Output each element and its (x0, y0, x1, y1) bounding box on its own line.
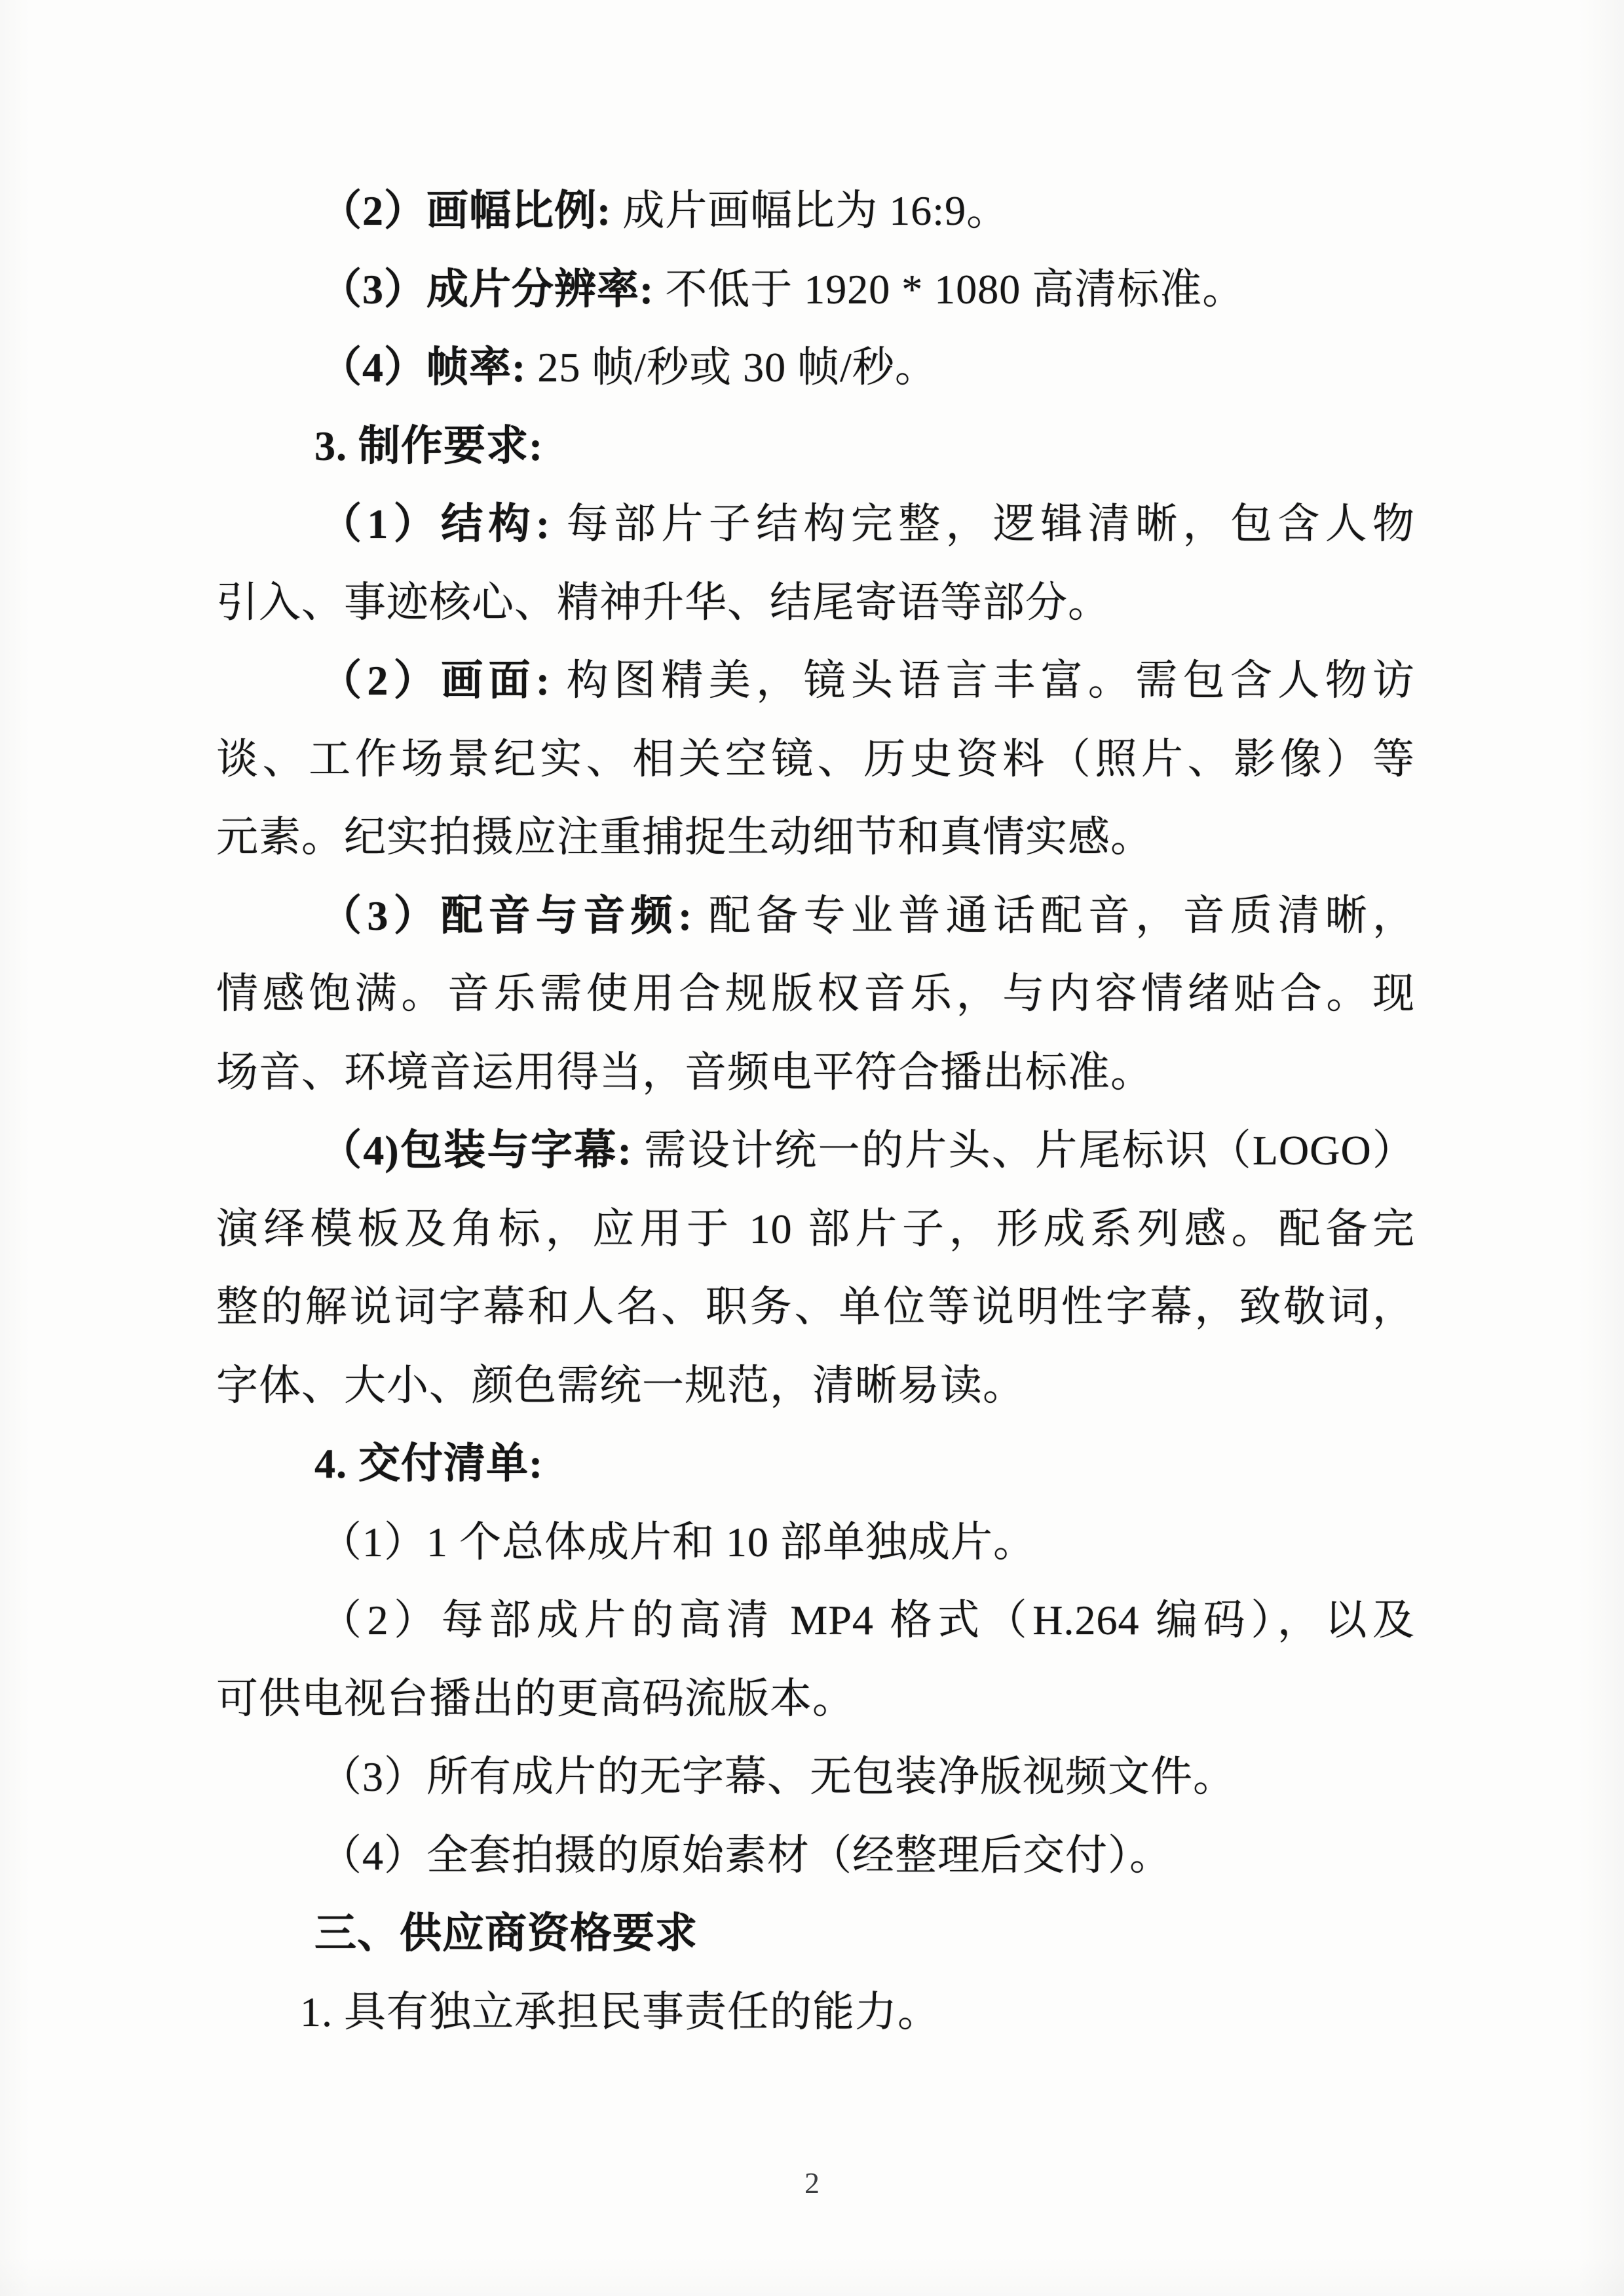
line-packaging-cont-2: 整的解说词字幕和人名、职务、单位等说明性字幕，致敬词， (216, 1268, 1415, 1347)
line-lead: 三、供应商资格要求 (314, 1910, 698, 1957)
line-text: （1）1 个总体成片和 10 部单独成片。 (320, 1519, 1036, 1565)
document-page: （2）画幅比例: 成片画幅比为 16:9。 （3）成片分辨率: 不低于 1920… (0, 0, 1624, 2296)
line-packaging-subtitles: （4)包装与字幕: 需设计统一的片头、片尾标识（LOGO） (216, 1111, 1415, 1190)
line-visuals-cont-1: 谈、工作场景纪实、相关空镜、历史资料（照片、影像）等 (216, 720, 1415, 799)
line-text: 场音、环境音运用得当，音频电平符合播出标准。 (216, 1049, 1153, 1096)
line-visuals: （2）画面: 构图精美，镜头语言丰富。需包含人物访 (216, 641, 1415, 720)
line-structure: （1）结构: 每部片子结构完整，逻辑清晰，包含人物 (216, 485, 1415, 564)
line-delivery-3: （3）所有成片的无字幕、无包装净版视频文件。 (216, 1738, 1415, 1816)
line-text: 成片画幅比为 16:9。 (622, 187, 1009, 234)
line-text: （3）所有成片的无字幕、无包装净版视频文件。 (320, 1753, 1236, 1800)
line-delivery-2: （2）每部成片的高清 MP4 格式（H.264 编码），以及 (216, 1581, 1415, 1660)
heading-supplier-qualifications: 三、供应商资格要求 (216, 1894, 1415, 1973)
line-text: 情感饱满。音乐需使用合规版权音乐，与内容情绪贴合。现 (216, 970, 1415, 1017)
line-text: 字体、大小、颜色需统一规范，清晰易读。 (216, 1362, 1025, 1409)
line-audio-cont-1: 情感饱满。音乐需使用合规版权音乐，与内容情绪贴合。现 (216, 955, 1415, 1033)
line-text: （2）每部成片的高清 MP4 格式（H.264 编码），以及 (320, 1597, 1415, 1643)
line-text: （4）全套拍摄的原始素材（经整理后交付）。 (320, 1832, 1172, 1879)
line-lead: （3）配音与音频: (320, 892, 709, 939)
line-text: 构图精美，镜头语言丰富。需包含人物访 (567, 657, 1415, 704)
line-visuals-cont-2: 元素。纪实拍摄应注重捕捉生动细节和真情实感。 (216, 798, 1415, 877)
line-lead: （2）画面: (320, 657, 567, 704)
line-frame-rate: （4）帧率: 25 帧/秒或 30 帧/秒。 (216, 328, 1415, 407)
heading-delivery-list: 4. 交付清单: (216, 1425, 1415, 1503)
line-packaging-cont-3: 字体、大小、颜色需统一规范，清晰易读。 (216, 1347, 1415, 1425)
line-text: 1. 具有独立承担民事责任的能力。 (300, 1989, 940, 2035)
line-text: 每部片子结构完整，逻辑清晰，包含人物 (567, 501, 1415, 547)
line-text: 谈、工作场景纪实、相关空镜、历史资料（照片、影像）等 (216, 736, 1415, 782)
line-qualification-1: 1. 具有独立承担民事责任的能力。 (216, 1973, 1415, 2052)
line-lead: 3. 制作要求: (314, 423, 543, 469)
line-text: 25 帧/秒或 30 帧/秒。 (537, 344, 937, 391)
line-lead: （2）画幅比例: (320, 187, 622, 234)
line-delivery-4: （4）全套拍摄的原始素材（经整理后交付）。 (216, 1816, 1415, 1895)
line-lead: （4)包装与字幕: (320, 1127, 644, 1174)
line-text: 演绎模板及角标，应用于 10 部片子，形成系列感。配备完 (216, 1206, 1415, 1252)
document-body: （2）画幅比例: 成片画幅比为 16:9。 （3）成片分辨率: 不低于 1920… (216, 172, 1415, 2051)
line-delivery-1: （1）1 个总体成片和 10 部单独成片。 (216, 1503, 1415, 1582)
line-audio-cont-2: 场音、环境音运用得当，音频电平符合播出标准。 (216, 1033, 1415, 1112)
line-text: 整的解说词字幕和人名、职务、单位等说明性字幕，致敬词， (216, 1284, 1415, 1330)
line-lead: （4）帧率: (320, 344, 537, 391)
page-number: 2 (0, 2166, 1624, 2200)
line-resolution: （3）成片分辨率: 不低于 1920 * 1080 高清标准。 (216, 250, 1415, 329)
line-delivery-2-cont: 可供电视台播出的更高码流版本。 (216, 1660, 1415, 1738)
line-text: 需设计统一的片头、片尾标识（LOGO） (644, 1127, 1415, 1174)
line-text: 可供电视台播出的更高码流版本。 (216, 1675, 855, 1722)
line-text: 不低于 1920 * 1080 高清标准。 (665, 266, 1245, 313)
line-text: 引入、事迹核心、精神升华、结尾寄语等部分。 (216, 579, 1110, 626)
line-structure-cont: 引入、事迹核心、精神升华、结尾寄语等部分。 (216, 564, 1415, 642)
line-aspect-ratio: （2）画幅比例: 成片画幅比为 16:9。 (216, 172, 1415, 250)
line-text: 元素。纪实拍摄应注重捕捉生动细节和真情实感。 (216, 814, 1153, 860)
line-text: 配备专业普通话配音，音质清晰， (709, 892, 1415, 939)
line-audio: （3）配音与音频: 配备专业普通话配音，音质清晰， (216, 877, 1415, 955)
line-lead: （1）结构: (320, 501, 567, 547)
heading-production-requirements: 3. 制作要求: (216, 407, 1415, 486)
line-lead: 4. 交付清单: (314, 1440, 543, 1487)
line-lead: （3）成片分辨率: (320, 266, 665, 313)
line-packaging-cont-1: 演绎模板及角标，应用于 10 部片子，形成系列感。配备完 (216, 1190, 1415, 1269)
